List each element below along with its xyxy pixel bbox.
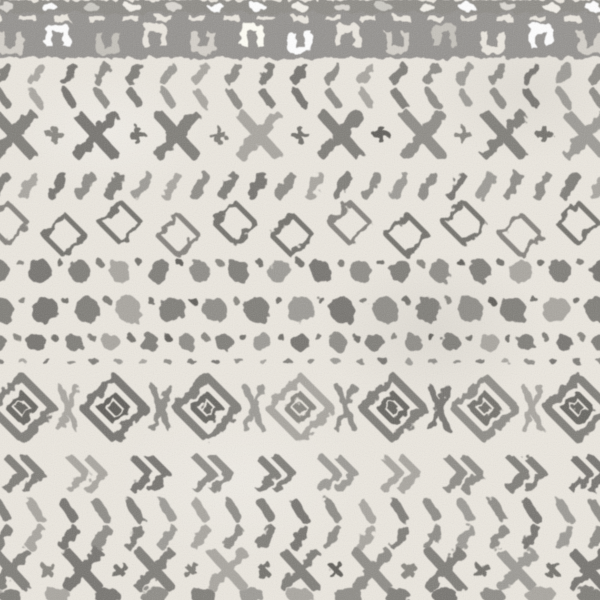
small-bar bbox=[373, 133, 391, 138]
dot-motif bbox=[189, 259, 211, 282]
x-motif bbox=[318, 112, 364, 158]
mini-dot bbox=[275, 297, 282, 304]
dot-motif bbox=[0, 334, 7, 351]
cream-dash bbox=[376, 3, 392, 11]
slash-stroke bbox=[331, 170, 354, 200]
cream-dash bbox=[501, 3, 517, 11]
speck bbox=[307, 358, 317, 364]
dot-motif bbox=[229, 260, 250, 283]
mini-dot bbox=[537, 259, 544, 266]
speck bbox=[428, 358, 438, 364]
small-plus-motif bbox=[210, 124, 226, 146]
open-diamond bbox=[211, 199, 259, 247]
open-diamond bbox=[154, 211, 202, 259]
slash-row bbox=[0, 62, 600, 86]
speck bbox=[42, 358, 52, 364]
dot-motif bbox=[366, 334, 384, 351]
dot-motif bbox=[26, 333, 46, 353]
small-x-motif bbox=[39, 559, 55, 581]
slash-stroke bbox=[274, 170, 297, 200]
concentric-diamond-motif bbox=[0, 369, 57, 447]
speck bbox=[573, 358, 583, 364]
slash-stroke bbox=[246, 170, 269, 200]
small-bar bbox=[209, 133, 227, 138]
slash-stroke bbox=[322, 497, 344, 525]
slash-stroke bbox=[417, 170, 440, 200]
small-x-motif bbox=[183, 559, 199, 581]
dot-motif bbox=[157, 295, 187, 325]
speck bbox=[548, 358, 558, 364]
slash-stroke bbox=[91, 497, 113, 525]
dot-motif bbox=[404, 334, 422, 351]
rug-pattern-bands bbox=[0, 0, 600, 600]
slash-stroke bbox=[422, 62, 442, 86]
slash-stroke bbox=[356, 62, 376, 86]
slash-stroke bbox=[389, 62, 409, 86]
dot-motif bbox=[291, 334, 309, 351]
slash-stroke bbox=[59, 62, 79, 86]
meander-u-motif bbox=[529, 24, 553, 46]
slash-stroke bbox=[587, 62, 600, 86]
speck bbox=[0, 358, 3, 364]
meander-u-motif bbox=[240, 24, 264, 46]
slash-stroke bbox=[531, 170, 554, 200]
meander-u-motif bbox=[578, 32, 600, 54]
slash-stroke bbox=[474, 170, 497, 200]
dot-motif bbox=[389, 259, 411, 282]
dot-motif bbox=[470, 260, 491, 283]
slash-stroke bbox=[103, 170, 126, 200]
slash-stroke bbox=[0, 170, 12, 200]
cream-dash bbox=[459, 3, 475, 11]
x-motif bbox=[351, 551, 393, 589]
open-diamond bbox=[97, 199, 145, 247]
speck bbox=[331, 358, 341, 364]
slash-stroke bbox=[421, 497, 443, 525]
slash-stroke bbox=[487, 497, 509, 525]
mini-dot bbox=[240, 334, 247, 341]
slash-stroke bbox=[502, 170, 525, 200]
cream-dash bbox=[208, 3, 224, 11]
dot-motif bbox=[442, 334, 460, 351]
dot-motif bbox=[457, 297, 483, 323]
slash-stroke bbox=[303, 170, 326, 200]
slash-stroke bbox=[445, 170, 468, 200]
slash-stroke bbox=[455, 62, 475, 86]
dot-motif bbox=[29, 295, 59, 325]
band-bottom-edge-dot-band bbox=[0, 592, 600, 600]
cream-dash bbox=[585, 3, 600, 11]
cream-dash bbox=[125, 3, 141, 11]
mini-dot bbox=[51, 334, 58, 341]
mini-dot bbox=[190, 297, 197, 304]
cream-dash bbox=[83, 3, 99, 11]
speck bbox=[380, 358, 390, 364]
double-chevron-motif bbox=[308, 459, 354, 488]
small-x-motif bbox=[328, 559, 344, 581]
dot-motif bbox=[372, 297, 398, 323]
band-zigzag-stroke-band-upper bbox=[0, 62, 600, 104]
double-chevron-motif bbox=[183, 459, 229, 488]
open-diamond bbox=[40, 211, 88, 259]
speck bbox=[404, 358, 414, 364]
double-chevron-motif bbox=[0, 459, 40, 488]
speck bbox=[524, 358, 534, 364]
mini-dot bbox=[497, 259, 504, 266]
slash-stroke bbox=[223, 497, 245, 525]
speck bbox=[259, 358, 269, 364]
x-motif bbox=[73, 112, 119, 158]
speck bbox=[355, 358, 365, 364]
mini-dot bbox=[360, 297, 367, 304]
meander-u-motif bbox=[143, 24, 167, 46]
mini-dot bbox=[16, 259, 23, 266]
slash-stroke bbox=[454, 497, 476, 525]
slash-stroke bbox=[290, 62, 310, 86]
slash-stroke bbox=[158, 62, 178, 86]
small-plus-motif bbox=[455, 124, 471, 146]
slash-stroke bbox=[388, 170, 411, 200]
mini-dot bbox=[62, 297, 69, 304]
mini-dot bbox=[391, 334, 398, 341]
x-motif bbox=[400, 112, 446, 158]
band-x-motif-band-lower bbox=[0, 547, 600, 592]
slash-stroke bbox=[132, 170, 155, 200]
concentric-diamond-motif bbox=[450, 369, 520, 447]
dot-motif bbox=[329, 297, 355, 323]
mini-dot bbox=[176, 259, 183, 266]
small-x-motif bbox=[256, 559, 272, 581]
dot-motif bbox=[432, 588, 458, 600]
speck bbox=[211, 358, 221, 364]
small-bar bbox=[536, 133, 554, 138]
band-open-diamond-chain-band bbox=[0, 206, 600, 252]
cream-dash bbox=[543, 3, 559, 11]
slash-stroke bbox=[360, 170, 383, 200]
mini-dot bbox=[577, 259, 584, 266]
speck bbox=[500, 358, 510, 364]
mini-dot bbox=[216, 259, 223, 266]
small-bar bbox=[291, 133, 309, 138]
mini-dot bbox=[417, 259, 424, 266]
x-motif bbox=[563, 112, 600, 158]
speck bbox=[138, 358, 148, 364]
mini-dot bbox=[19, 297, 26, 304]
dot-motif bbox=[430, 260, 451, 283]
slash-stroke bbox=[521, 62, 541, 86]
speck bbox=[162, 358, 172, 364]
small-plus-motif bbox=[537, 124, 553, 146]
slash-stroke bbox=[217, 170, 240, 200]
small-plus-motif bbox=[292, 124, 308, 146]
double-chevron-motif bbox=[497, 459, 543, 488]
mini-dot bbox=[457, 259, 464, 266]
slash-stroke bbox=[46, 170, 69, 200]
slash-stroke bbox=[189, 170, 212, 200]
x-motif bbox=[154, 112, 200, 158]
dot-motif bbox=[109, 260, 130, 283]
slash-stroke bbox=[125, 62, 145, 86]
dot-motif bbox=[550, 260, 571, 283]
mini-dot bbox=[403, 297, 410, 304]
slash-stroke bbox=[58, 497, 80, 525]
slash-row bbox=[0, 497, 600, 524]
x-motif bbox=[279, 551, 321, 589]
x-divider-motif bbox=[429, 373, 449, 443]
slash-stroke bbox=[488, 62, 508, 86]
speck bbox=[186, 358, 196, 364]
slash-stroke bbox=[559, 170, 582, 200]
dot-motif bbox=[116, 297, 142, 323]
small-bar bbox=[128, 133, 146, 138]
concentric-diamond-motif bbox=[172, 369, 242, 447]
mini-dot bbox=[466, 334, 473, 341]
slash-stroke bbox=[124, 497, 146, 525]
mini-dot bbox=[428, 334, 435, 341]
double-chevron-motif bbox=[57, 459, 103, 488]
cream-dashed-line bbox=[0, 16, 600, 21]
x-motif bbox=[496, 551, 538, 589]
cream-dash bbox=[0, 3, 15, 11]
speck bbox=[452, 358, 462, 364]
x-motif bbox=[481, 112, 527, 158]
small-x-motif bbox=[545, 559, 561, 581]
x-motif bbox=[0, 551, 32, 589]
slash-stroke bbox=[160, 170, 183, 200]
dot-motif bbox=[244, 297, 270, 323]
meander-u-motif bbox=[191, 32, 215, 54]
slash-stroke bbox=[190, 497, 212, 525]
band-greek-key-band bbox=[0, 13, 600, 58]
cream-dash bbox=[292, 3, 308, 11]
mini-dot bbox=[488, 297, 495, 304]
dot-motif bbox=[268, 258, 292, 284]
mini-dot bbox=[504, 334, 511, 341]
dot-motif bbox=[577, 588, 600, 600]
meander-row bbox=[0, 24, 600, 54]
cream-dash bbox=[418, 3, 434, 11]
meander-u-motif bbox=[433, 24, 457, 46]
x-motif bbox=[207, 551, 249, 589]
x-motif bbox=[568, 551, 600, 589]
band-speck-line bbox=[0, 357, 600, 366]
mini-dot bbox=[296, 259, 303, 266]
mini-dot bbox=[127, 334, 134, 341]
dot-motif bbox=[591, 333, 600, 353]
dot-motif bbox=[190, 588, 216, 600]
speck bbox=[66, 358, 76, 364]
mini-dot bbox=[278, 334, 285, 341]
dot-motif bbox=[517, 334, 535, 351]
band-zigzag-stroke-band-lower bbox=[0, 497, 600, 547]
mini-dot bbox=[315, 334, 322, 341]
mini-dot bbox=[96, 259, 103, 266]
mini-dot bbox=[579, 334, 586, 341]
slash-stroke bbox=[388, 497, 410, 525]
mini-dot bbox=[377, 259, 384, 266]
band-dot-band-1 bbox=[0, 255, 600, 287]
meander-u-motif bbox=[95, 32, 119, 54]
dot-motif bbox=[69, 260, 90, 283]
mini-dot bbox=[14, 334, 21, 341]
mini-dot bbox=[104, 297, 111, 304]
slash-stroke bbox=[355, 497, 377, 525]
dot-motif bbox=[350, 260, 371, 283]
small-x-motif bbox=[473, 559, 489, 581]
x-motif bbox=[0, 112, 37, 158]
mini-dot bbox=[318, 297, 325, 304]
dot-motif bbox=[287, 588, 313, 600]
dot-motif bbox=[329, 334, 347, 351]
slash-row bbox=[0, 171, 600, 201]
mini-dot bbox=[531, 297, 538, 304]
speck bbox=[476, 358, 486, 364]
slash-stroke bbox=[17, 170, 40, 200]
meander-u-motif bbox=[46, 24, 70, 46]
small-plus-motif bbox=[374, 124, 390, 146]
band-diagonal-hatch-band bbox=[0, 167, 600, 204]
slash-stroke bbox=[0, 497, 13, 525]
mini-dot bbox=[542, 334, 549, 341]
dot-motif bbox=[585, 297, 600, 323]
meander-u-motif bbox=[481, 32, 505, 54]
x-motif bbox=[134, 551, 176, 589]
concentric-diamond-motif bbox=[79, 369, 149, 447]
mini-dot bbox=[164, 334, 171, 341]
slash-stroke bbox=[256, 497, 278, 525]
x-divider-motif bbox=[244, 373, 264, 443]
slash-stroke bbox=[289, 497, 311, 525]
small-bar bbox=[454, 133, 472, 138]
slash-stroke bbox=[224, 62, 244, 86]
dot-motif bbox=[252, 333, 272, 353]
dot-motif bbox=[215, 334, 233, 351]
concentric-diamond-motif bbox=[265, 369, 335, 447]
small-bar bbox=[46, 133, 64, 138]
concentric-diamond-motif bbox=[358, 369, 428, 447]
mini-dot bbox=[202, 334, 209, 341]
dot-motif bbox=[178, 334, 196, 351]
dot-motif bbox=[555, 334, 573, 351]
open-diamond bbox=[554, 199, 600, 247]
slash-stroke bbox=[0, 62, 13, 86]
x-motif bbox=[62, 551, 104, 589]
mini-dot bbox=[232, 297, 239, 304]
dot-motif bbox=[541, 295, 571, 325]
dot-motif bbox=[102, 334, 120, 351]
dot-motif bbox=[45, 588, 71, 600]
dot-motif bbox=[201, 296, 227, 322]
mini-dot bbox=[256, 259, 263, 266]
slash-stroke bbox=[26, 62, 46, 86]
small-plus-motif bbox=[129, 124, 145, 146]
band-x-motif-band-upper bbox=[0, 106, 600, 164]
dot-motif bbox=[74, 297, 100, 323]
mini-dot bbox=[56, 259, 63, 266]
slash-stroke bbox=[157, 497, 179, 525]
mini-dot bbox=[573, 297, 580, 304]
double-chevron-motif bbox=[434, 459, 480, 488]
dot-motif bbox=[500, 297, 526, 323]
mini-dot bbox=[445, 297, 452, 304]
double-chevron-motif bbox=[120, 459, 166, 488]
dot-motif bbox=[27, 258, 51, 284]
slash-stroke bbox=[191, 62, 211, 86]
slash-stroke bbox=[553, 497, 575, 525]
dot-motif bbox=[414, 296, 440, 322]
band-concentric-diamond-band bbox=[0, 366, 600, 450]
open-diamond bbox=[440, 199, 488, 247]
open-diamond bbox=[497, 211, 545, 259]
speck bbox=[90, 358, 100, 364]
x-divider-motif bbox=[58, 373, 78, 443]
x-divider-motif bbox=[336, 373, 356, 443]
dot-motif bbox=[508, 258, 532, 284]
band-dot-band-3 bbox=[0, 330, 600, 355]
double-chevron-motif bbox=[371, 459, 417, 488]
small-plus-motif bbox=[47, 124, 63, 146]
open-diamond bbox=[0, 199, 31, 247]
meander-u-motif bbox=[385, 32, 409, 54]
cream-dash bbox=[166, 3, 182, 11]
cream-dash bbox=[41, 3, 57, 11]
band-dot-band-2 bbox=[0, 293, 600, 326]
concentric-diamond-motif bbox=[543, 369, 600, 447]
double-chevron-motif bbox=[560, 459, 600, 488]
open-diamond bbox=[383, 211, 431, 259]
mini-dot bbox=[136, 259, 143, 266]
slash-stroke bbox=[92, 62, 112, 86]
x-divider-motif bbox=[522, 373, 542, 443]
dot-motif bbox=[239, 587, 265, 600]
speck bbox=[235, 358, 245, 364]
dot-motif bbox=[590, 259, 600, 282]
open-diamond bbox=[326, 199, 374, 247]
x-divider-motif bbox=[151, 373, 171, 443]
meander-u-motif bbox=[288, 32, 312, 54]
dot-motif bbox=[285, 295, 315, 325]
x-motif bbox=[424, 551, 466, 589]
meander-u-motif bbox=[0, 32, 22, 54]
small-x-motif bbox=[400, 559, 416, 581]
dot-motif bbox=[0, 296, 15, 322]
slash-stroke bbox=[25, 497, 47, 525]
dot-motif bbox=[0, 259, 10, 282]
meander-u-motif bbox=[336, 24, 360, 46]
slash-stroke bbox=[520, 497, 542, 525]
cream-dash bbox=[334, 3, 350, 11]
mini-dot bbox=[337, 259, 344, 266]
dot-motif bbox=[148, 258, 172, 284]
dot-motif bbox=[310, 260, 331, 283]
x-motif bbox=[236, 112, 282, 158]
slash-stroke bbox=[586, 497, 600, 525]
slash-stroke bbox=[323, 62, 343, 86]
dot-motif bbox=[478, 333, 498, 353]
small-x-motif bbox=[111, 559, 127, 581]
speck bbox=[17, 358, 27, 364]
slash-stroke bbox=[588, 170, 600, 200]
mini-dot bbox=[147, 297, 154, 304]
band-double-chevron-band bbox=[0, 450, 600, 497]
double-chevron-motif bbox=[246, 459, 292, 488]
slash-stroke bbox=[74, 170, 97, 200]
cream-dash bbox=[250, 3, 266, 11]
slash-stroke bbox=[257, 62, 277, 86]
open-diamond bbox=[268, 211, 316, 259]
speck bbox=[114, 358, 124, 364]
rug-photo bbox=[0, 0, 600, 600]
